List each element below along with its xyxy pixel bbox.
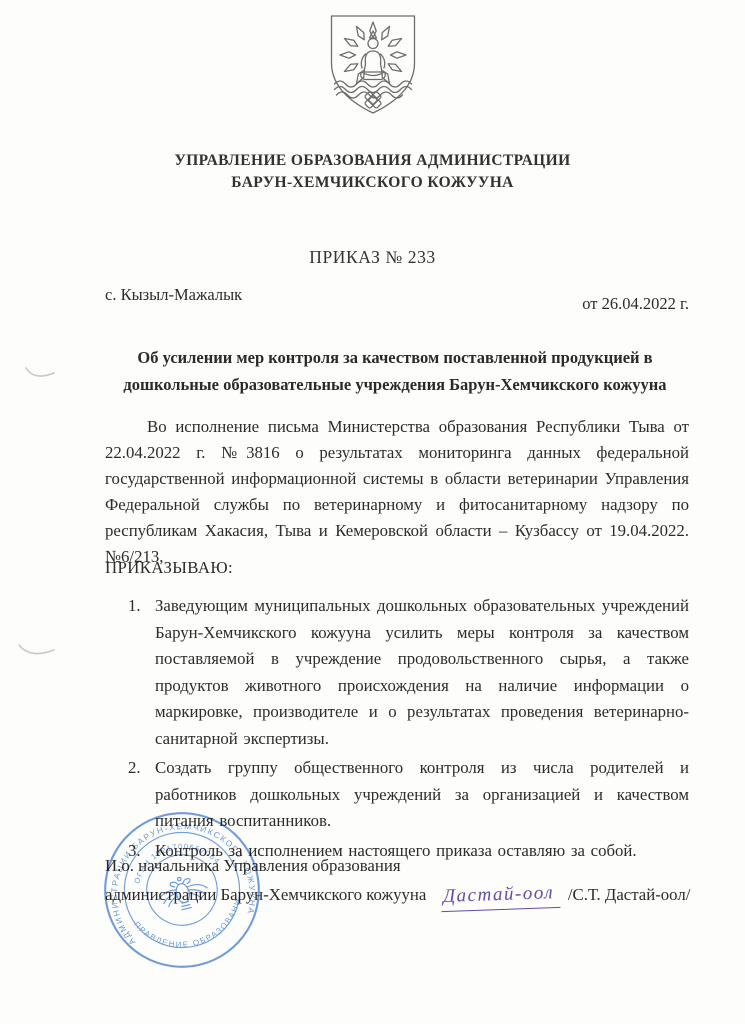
handwritten-signature: Дастай-оол <box>440 878 560 912</box>
coat-of-arms-icon <box>324 13 422 117</box>
subject-title: Об усилении мер контроля за качеством по… <box>95 344 695 398</box>
order-number: ПРИКАЗ № 233 <box>0 247 745 268</box>
scan-artifact <box>16 640 58 662</box>
document-page: УПРАВЛЕНИЕ ОБРАЗОВАНИЯ АДМИНИСТРАЦИИ БАР… <box>0 0 745 1024</box>
coat-of-arms-emblem <box>324 13 422 117</box>
order-item: 1. Заведующим муниципальных дошкольных о… <box>105 593 689 752</box>
date-label: от 26.04.2022 г. <box>582 294 689 314</box>
org-name-line1: УПРАВЛЕНИЕ ОБРАЗОВАНИЯ АДМИНИСТРАЦИИ <box>0 150 745 172</box>
decree-word: ПРИКАЗЫВАЮ: <box>105 558 233 578</box>
place-date-row: с. Кызыл-Мажалык от 26.04.2022 г. <box>105 285 689 314</box>
subject-line2: дошкольные образовательные учреждения Ба… <box>95 371 695 398</box>
org-name-line2: БАРУН-ХЕМЧИКСКОГО КОЖУУНА <box>0 172 745 194</box>
item-number: 1. <box>128 593 155 752</box>
signature-transcript: /С.Т. Дастай-оол/ <box>568 885 691 904</box>
place-label: с. Кызыл-Мажалык <box>105 285 242 305</box>
org-header: УПРАВЛЕНИЕ ОБРАЗОВАНИЯ АДМИНИСТРАЦИИ БАР… <box>0 150 745 194</box>
scan-artifact <box>24 364 58 384</box>
subject-line1: Об усилении мер контроля за качеством по… <box>95 344 695 371</box>
preamble-paragraph: Во исполнение письма Министерства образо… <box>105 414 689 570</box>
item-text: Заведующим муниципальных дошкольных обра… <box>155 593 689 752</box>
double-headed-eagle-icon <box>155 871 211 914</box>
